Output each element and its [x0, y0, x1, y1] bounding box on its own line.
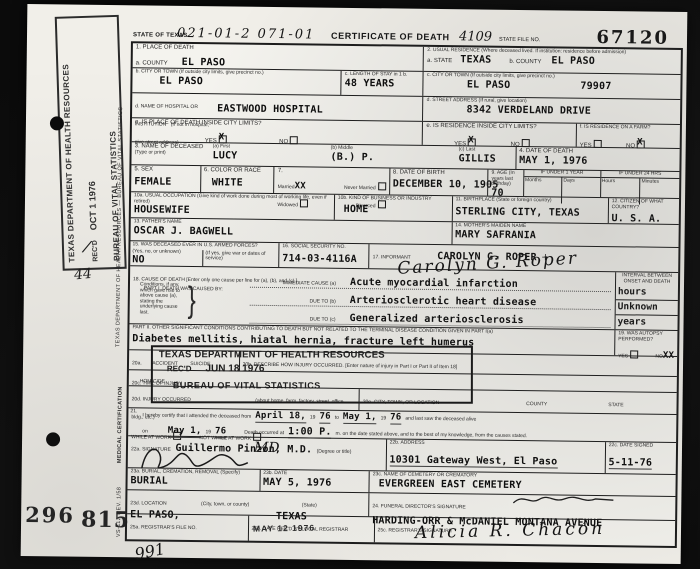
- row-registrar: 25a. REGISTRAR'S FILE NO. 991 25b. DATE …: [127, 513, 675, 546]
- due-to-b-label: DUE TO (b): [250, 299, 336, 306]
- due-to-c-label: DUE TO (c): [250, 317, 336, 324]
- attended-from-year: 76: [319, 413, 330, 424]
- armed-forces-cell: 15. WAS DECEASED EVER IN U.S. ARMED FORC…: [130, 241, 278, 267]
- burial-date-value: MAY 5, 1976: [263, 476, 366, 488]
- certificate-form: 1. PLACE OF DEATH a. COUNTYEL PASO 2. US…: [125, 41, 683, 548]
- state-sublabel: (State): [302, 502, 317, 508]
- x-mark: X: [219, 132, 225, 142]
- stamp-date: JUN 18 1976: [205, 363, 264, 374]
- physician-address-cell: 22b. ADDRESS 10301 Gateway West, El Paso: [385, 439, 605, 473]
- row-physician: 22a. SIGNATURE Guillermo Pinzon, M.D. (D…: [128, 435, 676, 474]
- registrar-signature-cell: 25c. REGISTRAR'S SIGNATURE Alicia R. Cha…: [373, 517, 675, 546]
- cause-a-value: Acute myocardial infarction: [350, 277, 518, 290]
- never-married-checkbox: [378, 182, 386, 190]
- county-value: EL PASO: [182, 57, 226, 69]
- death-certificate-document: TEXAS DEPARTMENT OF HEALTH RESOURCES REC…: [21, 4, 688, 564]
- physician-signature-scrawl: [136, 442, 286, 474]
- cause-b-value: Arteriosclerotic heart disease: [350, 295, 537, 308]
- handwritten-number: 4109: [459, 29, 492, 44]
- hospital-cell: d. NAME OF HOSPITAL OR INSTITUTION (If n…: [132, 93, 423, 121]
- residence-city-limits-cell: e. IS RESIDENCE INSIDE CITY LIMITS? YESX…: [422, 122, 576, 147]
- attended-to-value: May 1,: [343, 413, 377, 424]
- race-cell: 6. COLOR OR RACE WHITE: [200, 166, 274, 193]
- accident-item-label: 20a.: [132, 360, 142, 366]
- handwritten-mark: 44: [73, 266, 92, 284]
- received-stamp-jun: TEXAS DEPARTMENT OF HEALTH RESOURCES REC…: [151, 345, 473, 404]
- hole-punch: [50, 116, 64, 130]
- length-of-stay-cell: c. LENGTH OF STAY in 1 b. 48 YEARS: [341, 71, 423, 96]
- death-occurred-label: Death occurred at: [244, 431, 284, 437]
- attended-from-value: April 18,: [255, 412, 306, 424]
- city-town-county-sublabel: (City, town, or county): [201, 501, 249, 508]
- date-of-death-value: MAY 1, 1976: [519, 155, 677, 168]
- forces-sublabel-2: (If yes, give war or dates of service): [202, 250, 278, 267]
- hole-punch: [46, 432, 60, 446]
- cause-of-death-cell: 18. CAUSE OF DEATH [Enter only one cause…: [130, 266, 616, 329]
- city-of-death-cell: b. CITY OR TOWN (If outside city limits,…: [132, 68, 341, 95]
- conditions-note: Conditions, if any, which gave rise to a…: [140, 282, 186, 316]
- year-prefix: 19: [205, 430, 211, 436]
- race-label: 6. COLOR OR RACE: [204, 167, 271, 175]
- race-value: WHITE: [212, 177, 271, 189]
- form-number-edge-text: VS-112 REV. 1/58: [116, 473, 123, 537]
- interval-column: INTERVAL BETWEEN ONSET AND DEATH hours U…: [614, 272, 678, 330]
- certify-text-1: I hereby certify that I attended the dec…: [142, 413, 251, 420]
- hospital-value: EASTWOOD HOSPITAL: [217, 103, 323, 115]
- street-address-cell: d. STREET ADDRESS (If rural, give locati…: [422, 97, 680, 124]
- injury-state-cell: STATE: [605, 392, 676, 414]
- year-prefix: 19: [381, 416, 387, 422]
- first-name-value: LUCY: [212, 150, 330, 162]
- under-24-hrs-cell: IF UNDER 24 HRS Hours Minutes: [600, 171, 680, 198]
- burial-location-cell: 23d. LOCATION (City, town, or county) (S…: [127, 490, 368, 516]
- interval-header: INTERVAL BETWEEN ONSET AND DEATH: [616, 272, 678, 286]
- ssn-cell: 16. SOCIAL SECURITY NO. 714-03-4116A: [278, 243, 369, 268]
- date-received-stamp: MAY 12 1976: [252, 523, 314, 534]
- date-of-birth-value: DECEMBER 10, 1905: [393, 178, 485, 190]
- stamp-org-line: TEXAS DEPARTMENT OF HEALTH RESOURCES: [159, 349, 465, 361]
- registrar-file-cell: 25a. REGISTRAR'S FILE NO. 991: [127, 514, 248, 540]
- interval-a-value: hours: [616, 285, 678, 300]
- burial-value: BURIAL: [131, 475, 257, 488]
- date-signed-value: 5-11-76: [608, 457, 652, 470]
- state-label: a. STATE: [427, 57, 452, 64]
- stamp-recd-label: REC'D: [167, 364, 192, 373]
- sex-cell: 5. SEX FEMALE: [131, 165, 200, 192]
- length-of-stay-value: 48 YEARS: [345, 77, 420, 89]
- middle-name-value: (B.) P.: [330, 151, 458, 164]
- age-label: 9. AGE (In years last birthday): [491, 171, 520, 188]
- last-name-value: GILLIS: [458, 153, 512, 165]
- injury-state-label: STATE: [608, 402, 623, 408]
- state-file-number: 67120: [596, 27, 669, 49]
- residence-county-value: EL PASO: [551, 55, 595, 67]
- x-mark: X: [637, 137, 643, 147]
- informant-cell: 17. INFORMANT CAROLYN G. ROPER + Carolyn…: [369, 244, 679, 272]
- ssn-value: 714-03-4116A: [282, 253, 366, 265]
- medical-certification-edge-text: MEDICAL CERTIFICATION: [117, 333, 125, 463]
- residence-city-cell: c. CITY OR TOWN (If outside city limits,…: [423, 72, 681, 99]
- street-address-value: 8342 VERDELAND DRIVE: [467, 104, 678, 118]
- address-label: 22b. ADDRESS: [390, 440, 602, 448]
- stamp-date-line: REC'DJUN 18 1976: [167, 363, 465, 375]
- registrar-signature: Alicia R. Chacón: [414, 519, 604, 543]
- registrar-file-label: 25a. REGISTRAR'S FILE NO.: [130, 524, 197, 531]
- residence-farm-cell: f. IS RESIDENCE ON A FARM? YES NOX: [576, 124, 680, 148]
- birthplace-value: STERLING CITY, TEXAS: [455, 206, 604, 219]
- autopsy-cell: 19. WAS AUTOPSY PERFORMED? YES NOXX: [614, 330, 677, 356]
- degree-or-title-label: (Degree or title): [317, 449, 352, 455]
- stamp-date-line: REC'DOCT 1 1976: [82, 24, 99, 262]
- ssn-label: 16. SOCIAL SECURITY NO.: [282, 244, 365, 251]
- funeral-director-label: 24. FUNERAL DIRECTOR'S SIGNATURE: [372, 503, 465, 510]
- physician-address-value: 10301 Gateway West, El Paso: [389, 454, 557, 468]
- certify-text-2: and last saw the deceased alive: [405, 417, 476, 423]
- place-of-death-cell: 1. PLACE OF DEATH a. COUNTYEL PASO: [133, 43, 424, 71]
- interval-c-value: years: [615, 314, 677, 330]
- scan-background: TEXAS DEPARTMENT OF HEALTH RESOURCES REC…: [0, 0, 700, 569]
- business-label: 10b. KIND OF BUSINESS OR INDUSTRY: [338, 196, 449, 203]
- injury-county-label: COUNTY: [526, 401, 547, 407]
- birthplace-label: 11. BIRTHPLACE (State or foreign country…: [456, 197, 605, 204]
- residence-city-limits-label: e. IS RESIDENCE INSIDE CITY LIMITS?: [426, 123, 573, 132]
- death-city-limits-label: e. IS PLACE OF DEATH INSIDE CITY LIMITS?: [135, 119, 420, 129]
- occupation-value: HOUSEWIFE: [134, 204, 331, 217]
- on-label: on: [142, 429, 148, 435]
- stamp-date: OCT 1 1976: [87, 181, 99, 230]
- mother-name-cell: 14. MOTHER'S MAIDEN NAME MARY SAFRANIA: [451, 222, 679, 247]
- date-of-birth-cell: 8. DATE OF BIRTH DECEMBER 10, 1905: [389, 168, 488, 195]
- stamp-bureau-line: BUREAU OF VITAL STATISTICS: [173, 380, 465, 391]
- autopsy-label: 19. WAS AUTOPSY PERFORMED?: [618, 331, 674, 343]
- attended-to-year: 76: [390, 413, 401, 424]
- residence-farm-label: f. IS RESIDENCE ON A FARM?: [580, 125, 677, 132]
- location-label: 23d. LOCATION: [130, 500, 166, 506]
- occupation-cell: 10a. USUAL OCCUPATION (Give kind of work…: [131, 192, 334, 219]
- under-1-year-cell: IF UNDER 1 YEAR Months Days: [523, 170, 600, 197]
- physician-signature-cell: 22a. SIGNATURE Guillermo Pinzon, M.D. (D…: [128, 436, 386, 470]
- x-mark: X: [468, 135, 474, 145]
- handwritten-district-code: 021-01-2 071-01: [177, 26, 315, 43]
- date-received-cell: 25b. DATE REC'D BY LOCAL REGISTRAR MAY 1…: [247, 516, 373, 543]
- certificate-title: CERTIFICATE OF DEATH: [331, 31, 450, 42]
- married-label: Married: [278, 184, 295, 190]
- never-married-label: Never Married: [344, 185, 376, 191]
- citizen-label: 12. CITIZEN OF WHAT COUNTRY?: [612, 199, 676, 211]
- residence-zip-value: 79907: [580, 80, 611, 91]
- page-stamp-number: 815: [81, 507, 130, 534]
- cause-c-value: Generalized arteriosclerosis: [350, 313, 524, 326]
- name-sublabel: (Type or print): [135, 150, 213, 156]
- stamp-recd-label: REC'D: [92, 240, 100, 262]
- date-of-birth-label: 8. DATE OF BIRTH: [393, 169, 485, 177]
- state-value: TEXAS: [460, 54, 491, 65]
- year-prefix: 19: [310, 415, 316, 421]
- city-of-death-value: EL PASO: [159, 75, 337, 88]
- sex-value: FEMALE: [134, 176, 197, 188]
- county-label: a. COUNTY: [136, 60, 168, 66]
- age-cell: 9. AGE (In years last birthday) 70: [487, 170, 523, 196]
- date-signed-cell: 22c. DATE SIGNED 5-11-76: [604, 442, 676, 474]
- page-stamp-number: 296: [25, 502, 75, 528]
- item-21-label: 21.: [130, 409, 137, 415]
- marital-status-cell: 7. MarriedXX Never Married Widowed Divor…: [274, 167, 389, 194]
- birthplace-cell: 11. BIRTHPLACE (State or foreign country…: [451, 196, 607, 223]
- date-of-death-cell: 4. DATE OF DEATH MAY 1, 1976: [515, 147, 680, 171]
- brace-glyph: }: [188, 280, 197, 322]
- injury-county-cell: COUNTY: [523, 391, 605, 413]
- armed-forces-value: NO: [132, 254, 200, 266]
- interval-b-value: Unknown: [616, 299, 678, 315]
- mother-name-value: MARY SAFRANIA: [455, 229, 676, 243]
- residence-county-label: b. COUNTY: [509, 58, 541, 65]
- business-value: HOME: [344, 203, 449, 215]
- sex-label: 5. SEX: [134, 166, 197, 174]
- stamp-org-line: TEXAS DEPARTMENT OF HEALTH RESOURCES: [60, 24, 76, 262]
- business-cell: 10b. KIND OF BUSINESS OR INDUSTRY HOME: [334, 195, 452, 221]
- residence-city-value: EL PASO: [467, 79, 511, 91]
- usual-residence-cell: 2. USUAL RESIDENCE (Where deceased lived…: [423, 47, 681, 74]
- state-file-no-label: STATE FILE NO.: [499, 37, 540, 44]
- to-label: to: [335, 416, 339, 422]
- citizen-cell: 12. CITIZEN OF WHAT COUNTRY? U. S. A.: [607, 198, 679, 224]
- date-signed-label: 22c. DATE SIGNED: [609, 443, 673, 449]
- immediate-cause-label: IMMEDIATE CAUSE (a): [250, 281, 336, 288]
- married-mark: XX: [295, 181, 306, 191]
- funeral-director-signature-scrawl: [509, 491, 619, 508]
